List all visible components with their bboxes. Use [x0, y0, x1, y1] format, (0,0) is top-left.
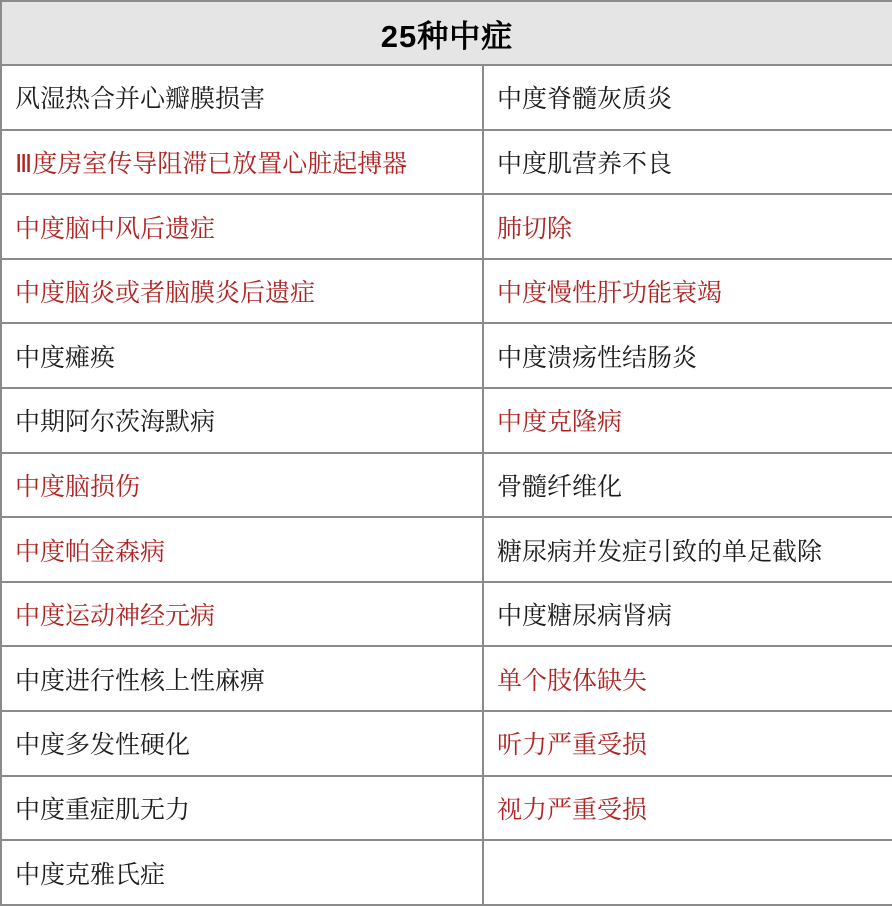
disease-cell: 单个肢体缺失: [483, 646, 892, 711]
disease-cell: 中度肌营养不良: [483, 130, 892, 195]
disease-cell: 中度脑炎或者脑膜炎后遗症: [1, 259, 483, 324]
disease-cell: Ⅲ度房室传导阻滞已放置心脏起搏器: [1, 130, 483, 195]
disease-cell: 中度多发性硬化: [1, 711, 483, 776]
disease-cell: 糖尿病并发症引致的单足截除: [483, 517, 892, 582]
moderate-illness-table: 25种中症 风湿热合并心瓣膜损害 中度脊髓灰质炎 Ⅲ度房室传导阻滞已放置心脏起搏…: [0, 0, 892, 906]
table-row: 中度脑中风后遗症 肺切除: [1, 194, 892, 259]
disease-cell: 中度脑中风后遗症: [1, 194, 483, 259]
table-row: 中期阿尔茨海默病 中度克隆病: [1, 388, 892, 453]
table-row: 中度重症肌无力 视力严重受损: [1, 776, 892, 841]
disease-cell: 视力严重受损: [483, 776, 892, 841]
disease-cell: 听力严重受损: [483, 711, 892, 776]
disease-cell: 中度脊髓灰质炎: [483, 65, 892, 130]
page: 25种中症 风湿热合并心瓣膜损害 中度脊髓灰质炎 Ⅲ度房室传导阻滞已放置心脏起搏…: [0, 0, 892, 906]
table-row: 中度多发性硬化 听力严重受损: [1, 711, 892, 776]
table-row: 风湿热合并心瓣膜损害 中度脊髓灰质炎: [1, 65, 892, 130]
disease-cell: 中度重症肌无力: [1, 776, 483, 841]
disease-cell: 肺切除: [483, 194, 892, 259]
table-row: 中度脑炎或者脑膜炎后遗症 中度慢性肝功能衰竭: [1, 259, 892, 324]
table-title: 25种中症: [1, 1, 892, 65]
table-row: 中度运动神经元病 中度糖尿病肾病: [1, 582, 892, 647]
table-row: 中度瘫痪 中度溃疡性结肠炎: [1, 323, 892, 388]
table-header-row: 25种中症: [1, 1, 892, 65]
table-row: Ⅲ度房室传导阻滞已放置心脏起搏器 中度肌营养不良: [1, 130, 892, 195]
disease-cell-empty: [483, 840, 892, 905]
disease-cell: 风湿热合并心瓣膜损害: [1, 65, 483, 130]
disease-cell: 中度帕金森病: [1, 517, 483, 582]
disease-cell: 中度溃疡性结肠炎: [483, 323, 892, 388]
disease-cell: 中度慢性肝功能衰竭: [483, 259, 892, 324]
disease-cell: 中度瘫痪: [1, 323, 483, 388]
table-row: 中度克雅氏症: [1, 840, 892, 905]
table-row: 中度帕金森病 糖尿病并发症引致的单足截除: [1, 517, 892, 582]
table-row: 中度脑损伤 骨髓纤维化: [1, 453, 892, 518]
disease-cell: 中度克隆病: [483, 388, 892, 453]
disease-cell: 中度克雅氏症: [1, 840, 483, 905]
disease-cell: 中度进行性核上性麻痹: [1, 646, 483, 711]
disease-cell: 中期阿尔茨海默病: [1, 388, 483, 453]
disease-cell: 中度脑损伤: [1, 453, 483, 518]
table-row: 中度进行性核上性麻痹 单个肢体缺失: [1, 646, 892, 711]
disease-cell: 骨髓纤维化: [483, 453, 892, 518]
disease-cell: 中度运动神经元病: [1, 582, 483, 647]
disease-cell: 中度糖尿病肾病: [483, 582, 892, 647]
